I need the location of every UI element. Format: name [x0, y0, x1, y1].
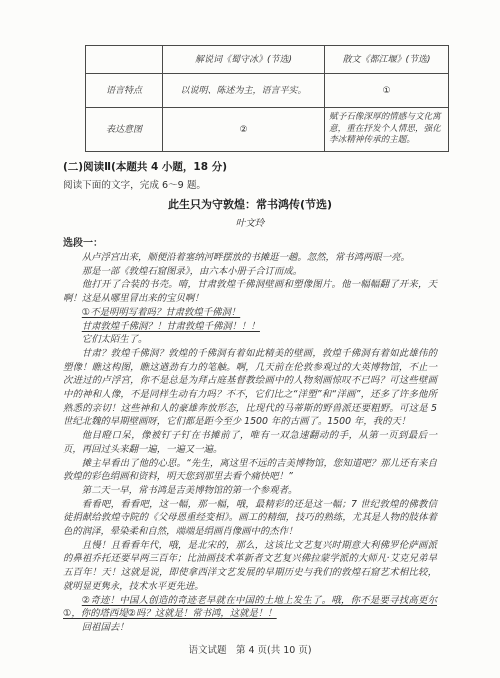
- passage-paragraph: 那是一部《敦煌石窟图录》，由六本小册子合订而成。: [63, 265, 437, 279]
- passage-paragraph: 甘肃敦煌千佛洞？！甘肃敦煌千佛洞！！！: [63, 320, 437, 334]
- row-label-cell: 表达意图: [86, 108, 163, 152]
- table-header-row: 解说词《蜀守冰》(节选)散文《都江堰》(节选): [86, 46, 449, 74]
- table-header-cell: 解说词《蜀守冰》(节选): [163, 46, 325, 74]
- table-cell: ①: [325, 74, 449, 108]
- table-cell: 赋予石像深厚的情感与文化寓意，重在抒发个人情思，强化李冰精神传承的主题。: [325, 108, 449, 152]
- table-header-cell: 散文《都江堰》(节选): [325, 46, 449, 74]
- table-header-cell: [86, 46, 163, 74]
- passage-paragraph: ②奇迹！中国人创造的奇迹老早就在中国的土地上发生了。哦，你不是要寻找高更尔①，你…: [63, 594, 437, 621]
- comparison-table: 解说词《蜀守冰》(节选)散文《都江堰》(节选)语言特点以说明、陈述为主，语言平实…: [85, 45, 449, 152]
- page-footer: 语文试题 第 4 页(共 10 页): [0, 642, 500, 656]
- table-row: 语言特点以说明、陈述为主，语言平实。①: [86, 74, 449, 108]
- passage-title: 此生只为守敦煌：常书鸿传(节选): [63, 196, 437, 212]
- reading-instruction: 阅读下面的文字，完成 6～9 题。: [63, 177, 437, 191]
- row-label-cell: 语言特点: [86, 74, 163, 108]
- table-cell: ②: [163, 108, 325, 152]
- passage-paragraph: 甘肃？敦煌千佛洞？敦煌的千佛洞有着如此精美的壁画，敦煌千佛洞有着如此雄伟的塑像！…: [63, 347, 437, 429]
- table-cell: 以说明、陈述为主，语言平实。: [163, 74, 325, 108]
- passage-paragraph: 他打开了合装的书壳。唷，甘肃敦煌千佛洞壁画和塑像图片。他一幅幅翻了开来，天啊！这…: [63, 278, 437, 305]
- table-row: 表达意图②赋予石像深厚的情感与文化寓意，重在抒发个人情思，强化李冰精神传承的主题…: [86, 108, 449, 152]
- passage-author: 叶文玲: [63, 215, 437, 229]
- passage-paragraph: 它们太陌生了。: [63, 333, 437, 347]
- passage-paragraph: 摊主早看出了他的心思。“先生，离这里不远的吉美博物馆，您知道吧？那儿还有来自敦煌…: [63, 457, 437, 484]
- passage-paragraph: 看看吧，看看吧，这一幅，那一幅，哦，最精彩的还是这一幅；7 世纪敦煌的佛教信徒捐…: [63, 498, 437, 539]
- passage-body: 从卢浮宫出来，顺便沿着塞纳河畔摆放的书摊逛一趟。忽然，常书鸿两眼一亮。那是一部《…: [63, 251, 437, 635]
- passage-paragraph: ①不是明明写着吗？甘肃敦煌千佛洞！: [63, 306, 437, 320]
- excerpt-label: 选段一：: [63, 234, 437, 249]
- exam-page: 解说词《蜀守冰》(节选)散文《都江堰》(节选)语言特点以说明、陈述为主，语言平实…: [0, 0, 500, 678]
- passage-paragraph: 且慢！且看看年代，哦，是北宋的，那么，这该比文艺复兴时期意大利佛罗伦萨画派的鼻祖…: [63, 539, 437, 594]
- passage-paragraph: 回祖国去！: [63, 621, 437, 635]
- section-heading: (二)阅读Ⅱ(本题共 4 小题，18 分): [63, 159, 437, 174]
- passage-paragraph: 他目瞪口呆，像被钉子钉在书摊前了，唯有一双急速翻动的手，从第一页到最后一页，再回…: [63, 429, 437, 456]
- passage-paragraph: 从卢浮宫出来，顺便沿着塞纳河畔摆放的书摊逛一趟。忽然，常书鸿两眼一亮。: [63, 251, 437, 265]
- passage-paragraph: 第二天一早，常书鸿是吉美博物馆的第一个参观者。: [63, 484, 437, 498]
